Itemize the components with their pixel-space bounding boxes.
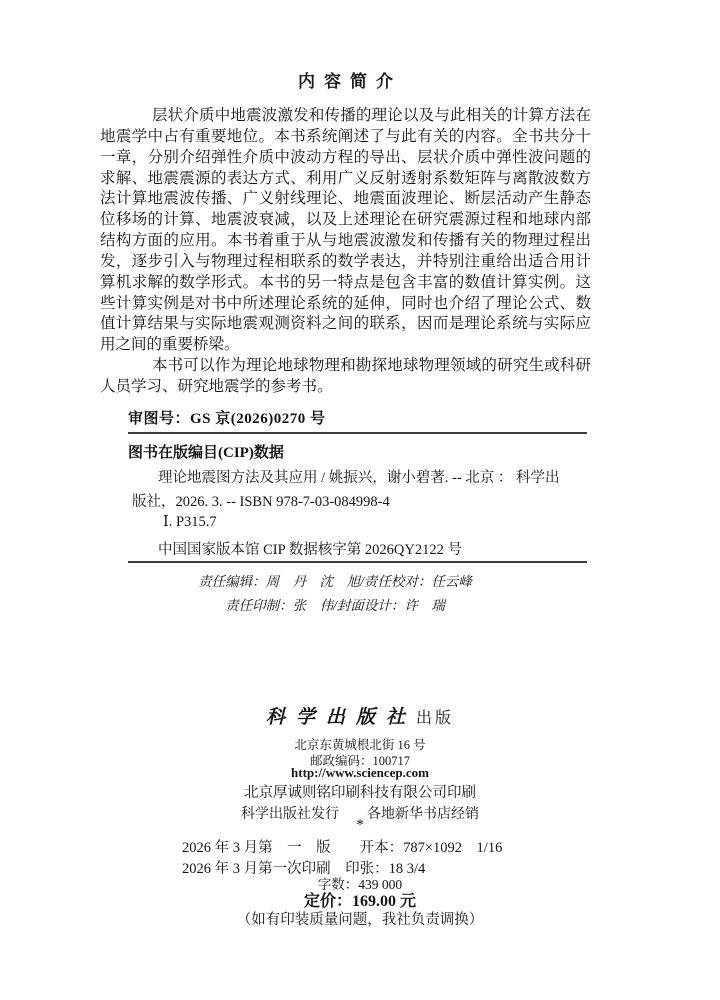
edition-format-line: 2026 年 3 月第 一 版 开本：787×1092 1/16 bbox=[182, 836, 502, 857]
cip-record-number: 中国国家版本馆 CIP 数据核字第 2026QY2122 号 bbox=[158, 538, 462, 559]
cip-entry-line-2: 版社，2026. 3. -- ISBN 978-7-03-084998-4 bbox=[132, 490, 390, 511]
publisher-suffix: 出版 bbox=[416, 710, 454, 727]
divider-rule-bottom bbox=[128, 561, 587, 563]
cip-classification: Ⅰ. P315.7 bbox=[163, 514, 217, 531]
cip-heading: 图书在版编目(CIP)数据 bbox=[128, 441, 284, 462]
printing-cover-credits: 责任印制：张 伟/封面设计：许 瑞 bbox=[128, 594, 542, 614]
publisher-imprint-line: 科学出版社出版 bbox=[0, 702, 720, 729]
separator-asterisk: * bbox=[0, 817, 720, 834]
editor-proofreader-credits: 责任编辑：周 丹 沈 旭/责任校对：任云峰 bbox=[128, 570, 542, 590]
cip-entry-line-1: 理论地震图方法及其应用 / 姚振兴，谢小碧著. -- 北京 ： 科学出 bbox=[158, 466, 560, 487]
map-approval-number: 审图号：GS 京(2026)0270 号 bbox=[128, 407, 326, 428]
printer-name: 北京厚诚则铭印刷科技有限公司印刷 bbox=[0, 781, 720, 802]
summary-paragraph-1: 层状介质中地震波激发和传播的理论以及与此相关的计算方法在地震学中占有重要地位。本… bbox=[100, 106, 591, 356]
summary-paragraph-2: 本书可以作为理论地球物理和勘探地球物理领域的研究生或科研人员学习、研究地震学的参… bbox=[100, 356, 591, 398]
page-title: 内容简介 bbox=[100, 67, 591, 92]
publisher-website: http://www.sciencep.com bbox=[0, 765, 720, 781]
divider-rule-top bbox=[128, 432, 587, 434]
book-copyright-page: 内容简介 层状介质中地震波激发和传播的理论以及与此相关的计算方法在地震学中占有重… bbox=[0, 0, 720, 1000]
publisher-brand-logotype: 科学出版社 bbox=[266, 707, 416, 728]
content-summary: 层状介质中地震波激发和传播的理论以及与此相关的计算方法在地震学中占有重要地位。本… bbox=[100, 106, 591, 398]
quality-note: （如有印装质量问题，我社负责调换） bbox=[0, 908, 720, 929]
